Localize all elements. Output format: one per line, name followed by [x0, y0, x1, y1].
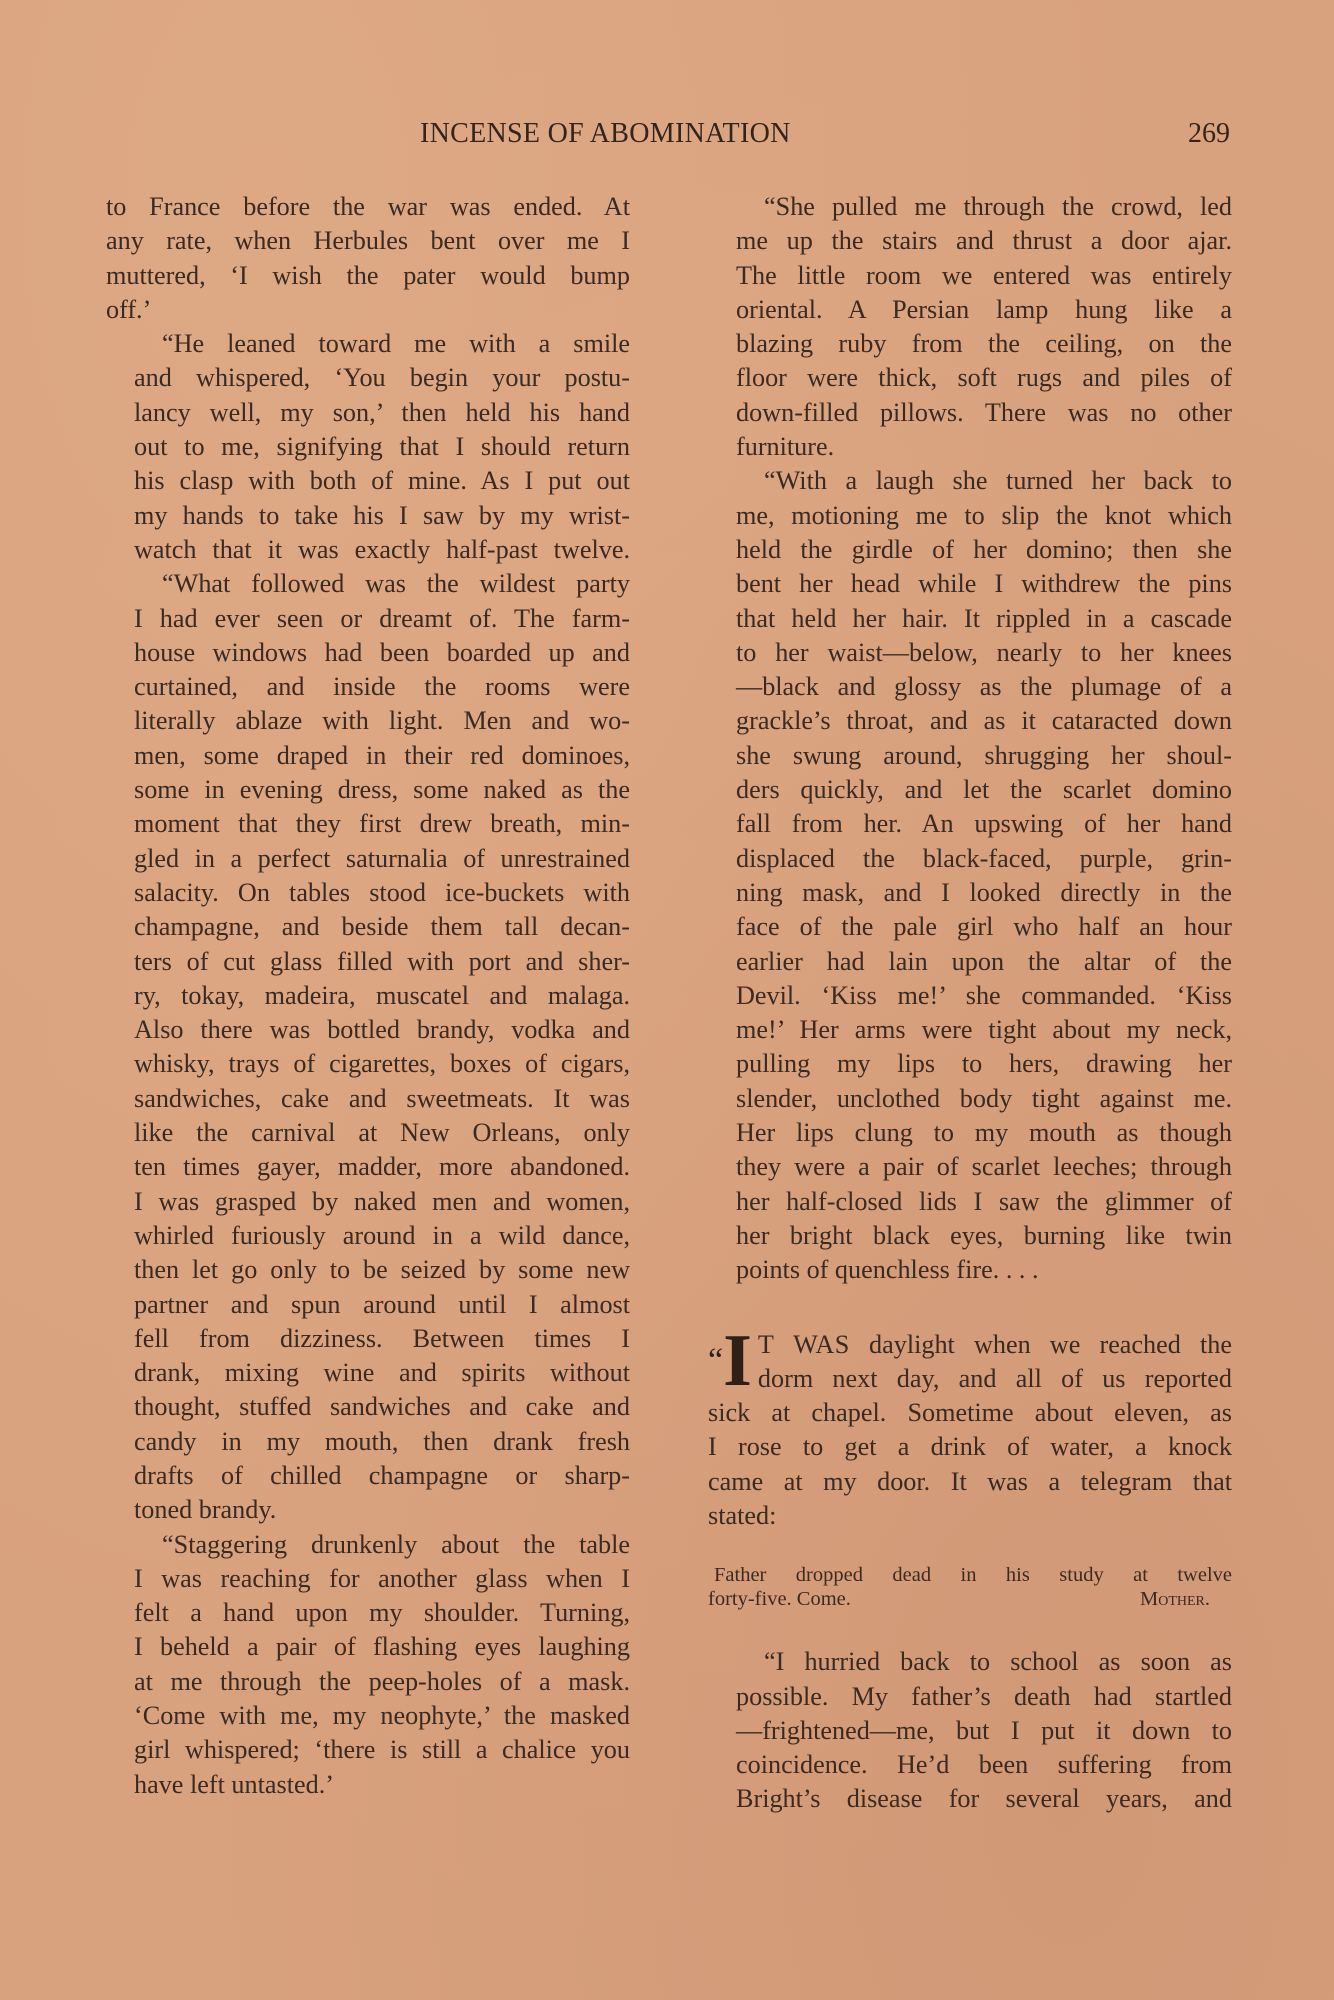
text-line: The little room we entered was entirely [708, 259, 1232, 293]
text-line: floor were thick, soft rugs and piles of [708, 361, 1232, 395]
text-line: pulling my lips to hers, drawing her [708, 1047, 1232, 1081]
text-line: T WAS daylight when we reached the [708, 1328, 1232, 1362]
text-line: drafts of chilled champagne or sharp- [106, 1459, 630, 1493]
paragraph: to France before the war was ended. At a… [106, 190, 630, 327]
text-line: oriental. A Persian lamp hung like a [708, 293, 1232, 327]
text-line: sandwiches, cake and sweetmeats. It was [106, 1082, 630, 1116]
text-line: at me through the peep-holes of a mask. [106, 1665, 630, 1699]
text-line: felt a hand upon my shoulder. Turning, [106, 1596, 630, 1630]
paragraph: “I hurried back to school as soon as pos… [708, 1645, 1232, 1816]
text-line: fell from dizziness. Between times I [106, 1322, 630, 1356]
text-line: any rate, when Herbules bent over me I [106, 224, 630, 258]
text-line: literally ablaze with light. Men and wo- [106, 704, 630, 738]
text-line: possible. My father’s death had startled [708, 1680, 1232, 1714]
text-line: I was reaching for another glass when I [106, 1562, 630, 1596]
drop-cap: “I [708, 1330, 752, 1392]
text-line: “I hurried back to school as soon as [708, 1645, 1232, 1679]
text-line: I had ever seen or dreamt of. The farm- [106, 602, 630, 636]
right-column: “She pulled me through the crowd, led me… [708, 190, 1232, 1817]
text-line: her bright black eyes, burning like twin [708, 1219, 1232, 1253]
text-line: Also there was bottled brandy, vodka and [106, 1013, 630, 1047]
text-line: fall from her. An upswing of her hand [708, 807, 1232, 841]
text-line: blazing ruby from the ceiling, on the [708, 327, 1232, 361]
page-number: 269 [1188, 118, 1230, 150]
text-line: watch that it was exactly half-past twel… [106, 533, 630, 567]
text-line: ‘Come with me, my neophyte,’ the masked [106, 1699, 630, 1733]
text-line: some in evening dress, some naked as the [106, 773, 630, 807]
text-line: gled in a perfect saturnalia of unrestra… [106, 842, 630, 876]
text-line: like the carnival at New Orleans, only [106, 1116, 630, 1150]
book-page: INCENSE OF ABOMINATION 269 to France bef… [0, 0, 1334, 2000]
text-line: “Staggering drunkenly about the table [106, 1528, 630, 1562]
left-column: to France before the war was ended. At a… [106, 190, 630, 1802]
text-line: Devil. ‘Kiss me!’ she commanded. ‘Kiss [708, 979, 1232, 1013]
text-line: champagne, and beside them tall decan- [106, 910, 630, 944]
text-line: to France before the war was ended. At [106, 190, 630, 224]
text-line: whisky, trays of cigarettes, boxes of ci… [106, 1047, 630, 1081]
text-line: coincidence. He’d been suffering from [708, 1748, 1232, 1782]
running-head: INCENSE OF ABOMINATION 269 [420, 118, 1230, 158]
text-line: points of quenchless fire. . . . [708, 1253, 1232, 1287]
telegram-line: Father dropped dead in his study at twel… [708, 1563, 1232, 1587]
text-line: off.’ [106, 293, 630, 327]
text-line: whirled furiously around in a wild dance… [106, 1219, 630, 1253]
text-line: “He leaned toward me with a smile [106, 327, 630, 361]
text-line: Her lips clung to my mouth as though [708, 1116, 1232, 1150]
text-line: ders quickly, and let the scarlet domino [708, 773, 1232, 807]
text-line: toned brandy. [106, 1493, 630, 1527]
paragraph: “With a laugh she turned her back to me,… [708, 464, 1232, 1287]
text-line: earlier had lain upon the altar of the [708, 945, 1232, 979]
text-line: stated: [708, 1499, 1232, 1533]
text-line: then let go only to be seized by some ne… [106, 1253, 630, 1287]
text-line: —frightened—me, but I put it down to [708, 1714, 1232, 1748]
text-line: Bright’s disease for several years, and [708, 1782, 1232, 1816]
text-line: house windows had been boarded up and [106, 636, 630, 670]
text-line: “She pulled me through the crowd, led [708, 190, 1232, 224]
text-line: that held her hair. It rippled in a casc… [708, 602, 1232, 636]
text-line: partner and spun around until I almost [106, 1288, 630, 1322]
text-line: thought, stuffed sandwiches and cake and [106, 1390, 630, 1424]
text-line: came at my door. It was a telegram that [708, 1465, 1232, 1499]
text-line: she swung around, shrugging her shoul- [708, 739, 1232, 773]
text-line: sick at chapel. Sometime about eleven, a… [708, 1396, 1232, 1430]
text-line: me!’ Her arms were tight about my neck, [708, 1013, 1232, 1047]
text-line: face of the pale girl who half an hour [708, 910, 1232, 944]
text-line: and whispered, ‘You begin your postu- [106, 361, 630, 395]
telegram-signature: Mother. [1140, 1587, 1210, 1611]
text-line: to her waist—below, nearly to her knees [708, 636, 1232, 670]
text-line: held the girdle of her domino; then she [708, 533, 1232, 567]
text-line: furniture. [708, 430, 1232, 464]
text-line: her half-closed lids I saw the glimmer o… [708, 1185, 1232, 1219]
text-line: they were a pair of scarlet leeches; thr… [708, 1150, 1232, 1184]
running-title: INCENSE OF ABOMINATION [420, 118, 791, 150]
text-line: out to me, signifying that I should retu… [106, 430, 630, 464]
text-line: my hands to take his I saw by my wrist- [106, 499, 630, 533]
text-line: drank, mixing wine and spirits without [106, 1356, 630, 1390]
text-line: I beheld a pair of flashing eyes laughin… [106, 1630, 630, 1664]
text-line: I rose to get a drink of water, a knock [708, 1430, 1232, 1464]
text-line: his clasp with both of mine. As I put ou… [106, 464, 630, 498]
text-line: muttered, ‘I wish the pater would bump [106, 259, 630, 293]
text-line: salacity. On tables stood ice-buckets wi… [106, 876, 630, 910]
text-line: candy in my mouth, then drank fresh [106, 1425, 630, 1459]
paragraph: “She pulled me through the crowd, led me… [708, 190, 1232, 464]
section-break [708, 1288, 1232, 1328]
text-line: lancy well, my son,’ then held his hand [106, 396, 630, 430]
text-line: “With a laugh she turned her back to [708, 464, 1232, 498]
text-line: down-filled pillows. There was no other [708, 396, 1232, 430]
text-line: ry, tokay, madeira, muscatel and malaga. [106, 979, 630, 1013]
text-line: have left untasted.’ [106, 1768, 630, 1802]
text-line: “What followed was the wildest party [106, 567, 630, 601]
paragraph: “Staggering drunkenly about the table I … [106, 1528, 630, 1802]
section-opening-paragraph: “I T WAS daylight when we reached the do… [708, 1328, 1232, 1534]
telegram-signature-row: forty-five. Come. Mother. [708, 1587, 1232, 1611]
text-line: me up the stairs and thrust a door ajar. [708, 224, 1232, 258]
text-line: girl whispered; ‘there is still a chalic… [106, 1733, 630, 1767]
text-line: dorm next day, and all of us reported [708, 1362, 1232, 1396]
text-line: I was grasped by naked men and women, [106, 1185, 630, 1219]
text-line: grackle’s throat, and as it cataracted d… [708, 704, 1232, 738]
text-line: men, some draped in their red dominoes, [106, 739, 630, 773]
telegram-quote: Father dropped dead in his study at twel… [708, 1563, 1232, 1611]
text-line: ters of cut glass filled with port and s… [106, 945, 630, 979]
text-line: ten times gayer, madder, more abandoned. [106, 1150, 630, 1184]
text-line: me, motioning me to slip the knot which [708, 499, 1232, 533]
text-line: —black and glossy as the plumage of a [708, 670, 1232, 704]
text-line: slender, unclothed body tight against me… [708, 1082, 1232, 1116]
text-line: ning mask, and I looked directly in the [708, 876, 1232, 910]
text-line: moment that they first drew breath, min- [106, 807, 630, 841]
text-line: curtained, and inside the rooms were [106, 670, 630, 704]
telegram-line: forty-five. Come. [708, 1587, 851, 1611]
text-line: displaced the black-faced, purple, grin- [708, 842, 1232, 876]
paragraph: “He leaned toward me with a smile and wh… [106, 327, 630, 567]
paragraph: “What followed was the wildest party I h… [106, 567, 630, 1527]
text-line: bent her head while I withdrew the pins [708, 567, 1232, 601]
